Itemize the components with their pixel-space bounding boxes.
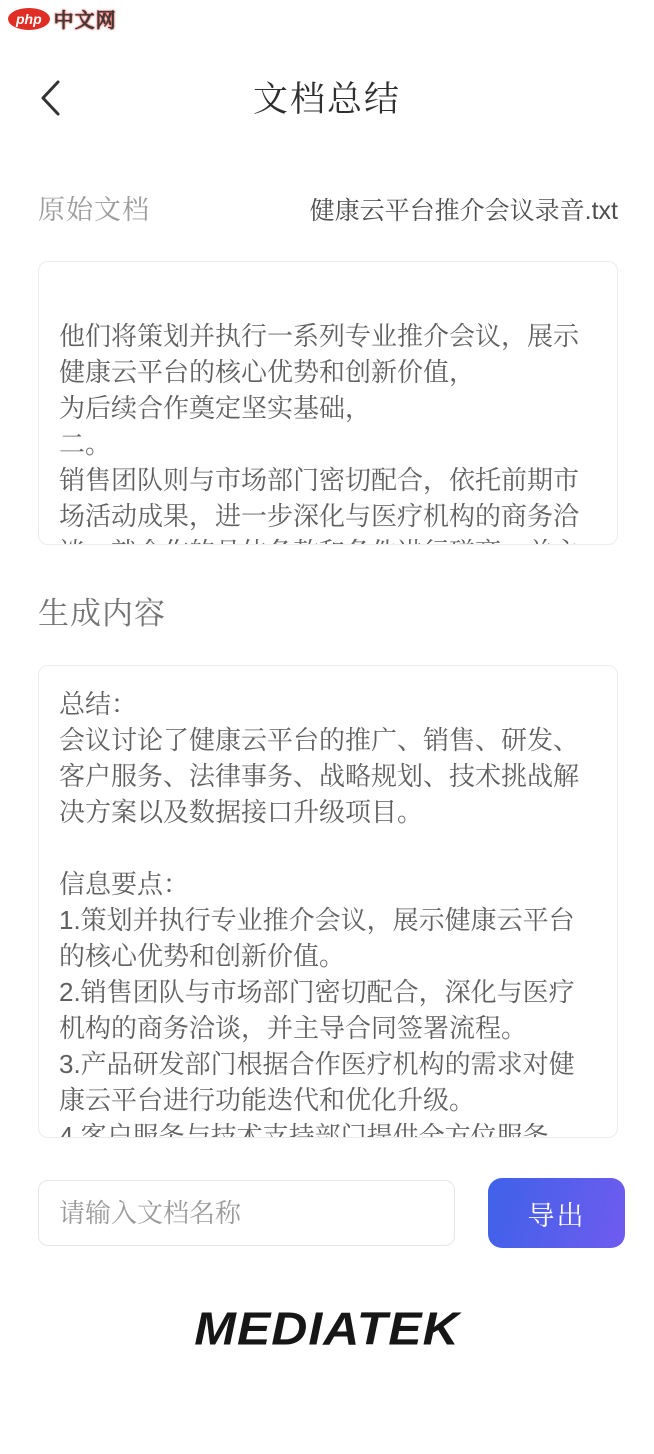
original-doc-text: 他们将策划并执行一系列专业推介会议，展示健康云平台的核心优势和创新价值， 为后续… bbox=[39, 262, 617, 545]
header: 文档总结 bbox=[0, 0, 654, 128]
document-name-input[interactable] bbox=[38, 1180, 455, 1246]
export-bar: 导出 bbox=[38, 1178, 625, 1248]
generated-content-box[interactable]: 总结： 会议讨论了健康云平台的推广、销售、研发、客户服务、法律事务、战略规划、技… bbox=[38, 665, 618, 1138]
original-doc-filename: 健康云平台推介会议录音.txt bbox=[310, 191, 618, 227]
original-doc-label: 原始文档 bbox=[38, 188, 150, 227]
export-button[interactable]: 导出 bbox=[488, 1178, 625, 1248]
generated-content-text: 总结： 会议讨论了健康云平台的推广、销售、研发、客户服务、法律事务、战略规划、技… bbox=[39, 666, 617, 1138]
page-title: 文档总结 bbox=[0, 72, 654, 128]
mediatek-logo: MEDIATEK bbox=[0, 1302, 654, 1355]
generated-content-label: 生成内容 bbox=[38, 593, 616, 635]
back-button[interactable] bbox=[38, 76, 78, 124]
original-doc-preview-box[interactable]: 他们将策划并执行一系列专业推介会议，展示健康云平台的核心优势和创新价值， 为后续… bbox=[38, 261, 618, 545]
chevron-left-icon bbox=[38, 78, 62, 123]
document-summary-page: php 中文网 文档总结 原始文档 健康云平台推介会议录音.txt 他们将策划并… bbox=[0, 0, 654, 1454]
original-doc-row: 原始文档 健康云平台推介会议录音.txt bbox=[38, 188, 618, 227]
